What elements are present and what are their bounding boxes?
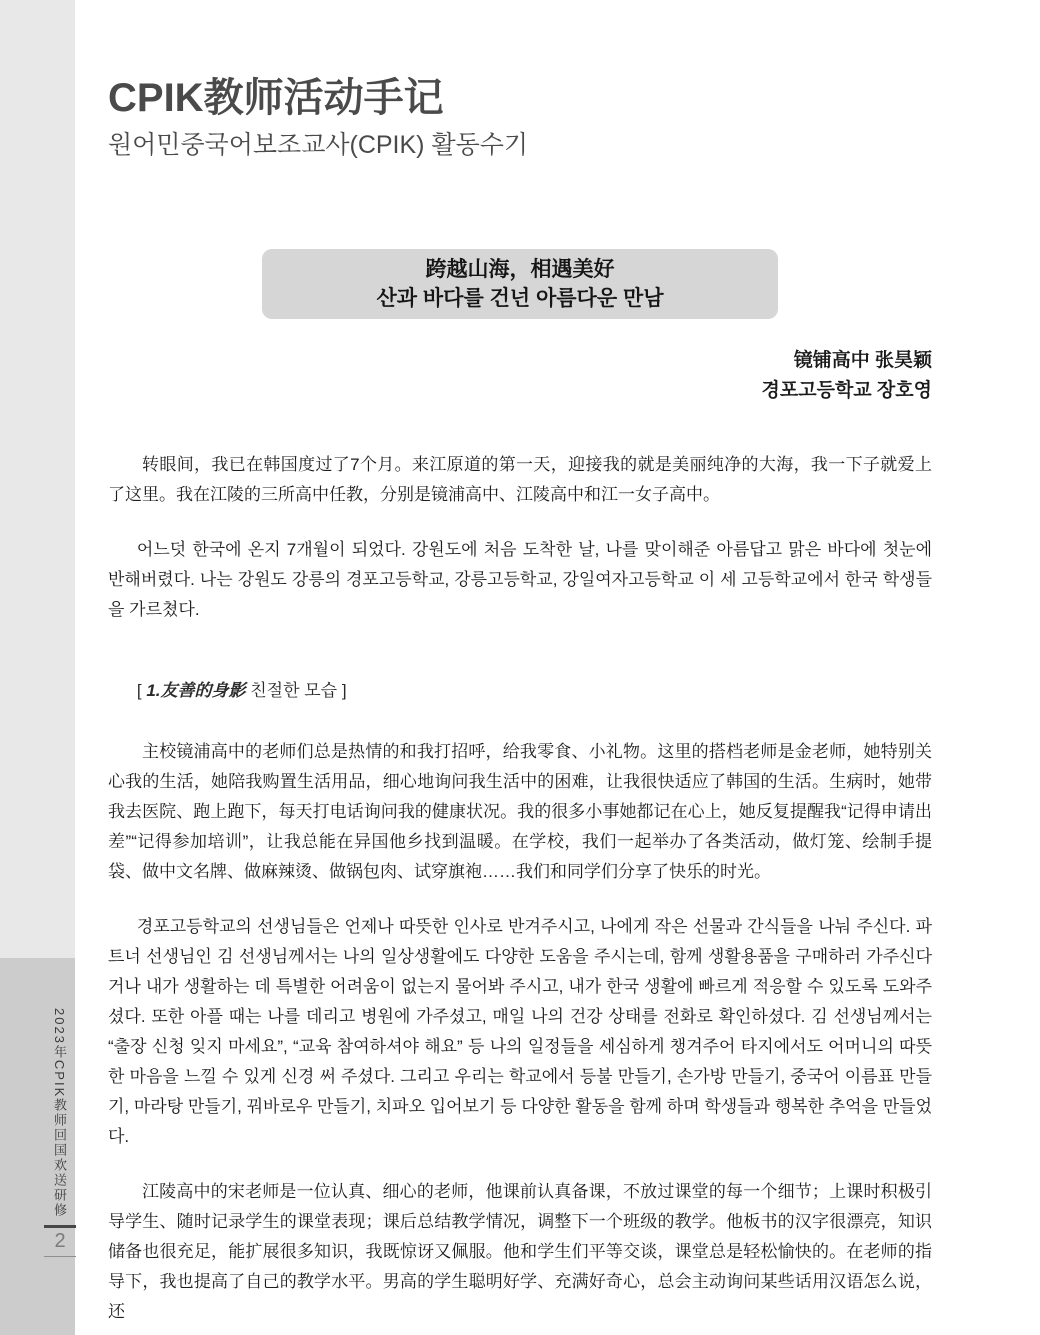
article-title-ko: 산과 바다를 건넌 아름다운 만남	[262, 284, 778, 313]
page-number-block: 2	[44, 1225, 76, 1257]
paragraph-zh-1: 转眼间，我已在韩国度过了7个月。来江原道的第一天，迎接我的就是美丽纯净的大海，我…	[108, 450, 932, 510]
section-bracket-close: ]	[337, 681, 346, 700]
sidebar-strip-light	[0, 0, 75, 958]
paragraph-zh-3: 江陵高中的宋老师是一位认真、细心的老师，他课前认真备课，不放过课堂的每一个细节；…	[108, 1177, 932, 1327]
paragraph-zh-2: 主校镜浦高中的老师们总是热情的和我打招呼，给我零食、小礼物。这里的搭档老师是金老…	[108, 737, 932, 887]
section-title-ko: 친절한 모습	[246, 681, 338, 700]
byline: 镜铺高中 张昊颖 경포고등학교 장호영	[108, 346, 932, 406]
section-heading: [ 1.友善的身影 친절한 모습 ]	[108, 680, 932, 702]
article-title-zh: 跨越山海，相遇美好	[262, 255, 778, 284]
page-subtitle: 원어민중국어보조교사(CPIK) 활동수기	[108, 130, 932, 161]
paragraph-ko-1: 어느덧 한국에 온지 7개월이 되었다. 강원도에 처음 도착한 날, 나를 맞…	[108, 535, 932, 625]
byline-zh: 镜铺高中 张昊颖	[108, 346, 932, 376]
edition-vertical-label: 2023年CPIK教师回国欢送研修	[50, 1008, 69, 1213]
section-bracket-open: [	[137, 681, 146, 700]
page-title: CPIK教师活动手记	[108, 76, 932, 120]
article-title-box: 跨越山海，相遇美好 산과 바다를 건넌 아름다운 만남	[262, 249, 778, 319]
byline-ko: 경포고등학교 장호영	[108, 376, 932, 406]
section-title-zh: 1.友善的身影	[146, 681, 245, 700]
page-number: 2	[54, 1230, 65, 1252]
paragraph-ko-2: 경포고등학교의 선생님들은 언제나 따뜻한 인사로 반겨주시고, 나에게 작은 …	[108, 912, 932, 1152]
document-page: CPIK教师活动手记 원어민중국어보조교사(CPIK) 활동수기 跨越山海，相遇…	[108, 0, 932, 1327]
